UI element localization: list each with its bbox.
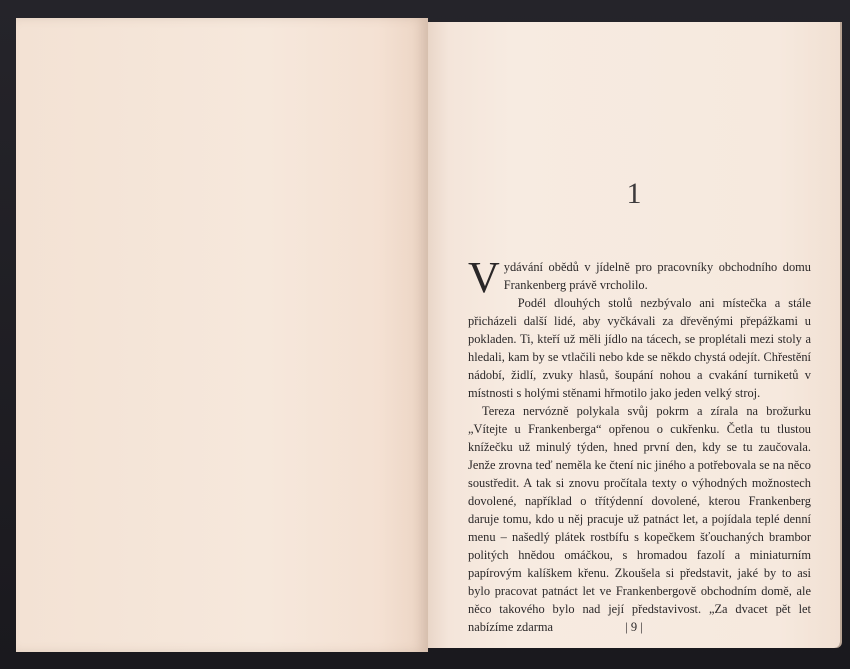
paragraph-3: Tereza nervózně polykala svůj pokrm a zí… [468, 402, 811, 636]
drop-cap: V [468, 258, 500, 296]
left-page-blank [16, 18, 428, 652]
page-number: | 9 | [428, 620, 840, 635]
chapter-number: 1 [428, 177, 840, 211]
paragraph-2: Podél dlouhých stolů nezbývalo ani míste… [468, 294, 811, 402]
body-text: Vydávání obědů v jídelně pro pracovníky … [468, 258, 811, 636]
paragraph-1: Vydávání obědů v jídelně pro pracovníky … [468, 258, 811, 294]
right-page: 1 Vydávání obědů v jídelně pro pracovník… [428, 22, 840, 648]
